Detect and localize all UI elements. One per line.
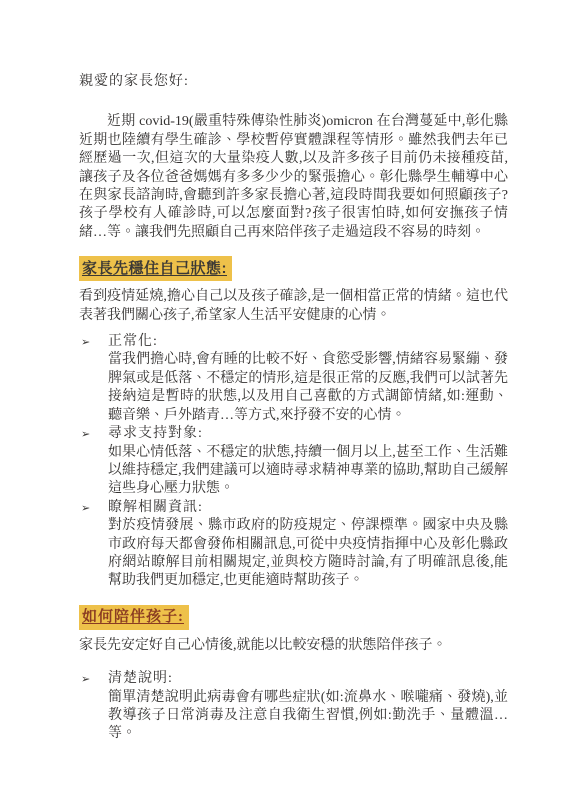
list-item: ➢ 瞭解相關資訊: 對於疫情發展、縣市政府的防疫規定、停課標準。國家中央及縣市政… <box>81 499 508 591</box>
bullet-list: ➢ 正常化: 當我們擔心時,會有睡的比較不好、食慾受影響,情緒容易緊繃、發脾氣或… <box>81 333 508 591</box>
arrow-bullet-icon: ➢ <box>81 499 108 517</box>
section-heading-highlighted: 家長先穩住自己狀態: <box>79 256 232 281</box>
section-accompany-children: 如何陪伴孩子: 家長先安定好自己心情後,就能以比較安穩的狀態陪伴孩子。 ➢ 清楚… <box>79 605 508 744</box>
bullet-label: 正常化: <box>108 333 508 351</box>
bullet-content: 清楚說明: 簡單清楚說明此病毒會有哪些症狀(如:流鼻水、喉嚨痛、發燒),並教導孩… <box>108 670 508 744</box>
bullet-body: 對於疫情發展、縣市政府的防疫規定、停課標準。國家中央及縣市政府每天都會發佈相關訊… <box>108 517 508 591</box>
section-heading-highlighted: 如何陪伴孩子: <box>79 605 189 630</box>
bullet-content: 瞭解相關資訊: 對於疫情發展、縣市政府的防疫規定、停課標準。國家中央及縣市政府每… <box>108 499 508 591</box>
greeting-line: 親愛的家長您好: <box>79 73 508 91</box>
list-item: ➢ 清楚說明: 簡單清楚說明此病毒會有哪些症狀(如:流鼻水、喉嚨痛、發燒),並教… <box>81 670 508 744</box>
intro-paragraph: 近期 covid-19(嚴重特殊傳染性肺炎)omicron 在台灣蔓延中,彰化縣… <box>79 113 508 242</box>
bullet-body: 如果心情低落、不穩定的狀態,持續一個月以上,甚至工作、生活難以維持穩定,我們建議… <box>108 444 508 499</box>
arrow-bullet-icon: ➢ <box>81 334 108 352</box>
bullet-label: 清楚說明: <box>108 670 508 688</box>
section-lead-paragraph: 家長先安定好自己心情後,就能以比較安穩的狀態陪伴孩子。 <box>79 637 508 655</box>
list-item: ➢ 正常化: 當我們擔心時,會有睡的比較不好、食慾受影響,情緒容易緊繃、發脾氣或… <box>81 333 508 425</box>
bullet-list: ➢ 清楚說明: 簡單清楚說明此病毒會有哪些症狀(如:流鼻水、喉嚨痛、發燒),並教… <box>81 670 508 744</box>
list-item: ➢ 尋求支持對象: 如果心情低落、不穩定的狀態,持續一個月以上,甚至工作、生活難… <box>81 425 508 499</box>
section-lead-paragraph: 看到疫情延燒,擔心自己以及孩子確診,是一個相當正常的情緒。這也代表著我們關心孩子… <box>79 288 508 325</box>
bullet-label: 瞭解相關資訊: <box>108 499 508 517</box>
arrow-bullet-icon: ➢ <box>81 426 108 444</box>
section-heading-row: 如何陪伴孩子: <box>79 605 508 630</box>
section-parent-stability: 家長先穩住自己狀態: 看到疫情延燒,擔心自己以及孩子確診,是一個相當正常的情緒。… <box>79 256 508 591</box>
bullet-content: 尋求支持對象: 如果心情低落、不穩定的狀態,持續一個月以上,甚至工作、生活難以維… <box>108 425 508 499</box>
section-heading-row: 家長先穩住自己狀態: <box>79 256 508 281</box>
bullet-label: 尋求支持對象: <box>108 425 508 443</box>
bullet-body: 簡單清楚說明此病毒會有哪些症狀(如:流鼻水、喉嚨痛、發燒),並教導孩子日常消毒及… <box>108 689 508 744</box>
document-page: 親愛的家長您好: 近期 covid-19(嚴重特殊傳染性肺炎)omicron 在… <box>0 0 566 800</box>
bullet-body: 當我們擔心時,會有睡的比較不好、食慾受影響,情緒容易緊繃、發脾氣或是低落、不穩定… <box>108 351 508 425</box>
arrow-bullet-icon: ➢ <box>81 671 108 689</box>
bullet-content: 正常化: 當我們擔心時,會有睡的比較不好、食慾受影響,情緒容易緊繃、發脾氣或是低… <box>108 333 508 425</box>
